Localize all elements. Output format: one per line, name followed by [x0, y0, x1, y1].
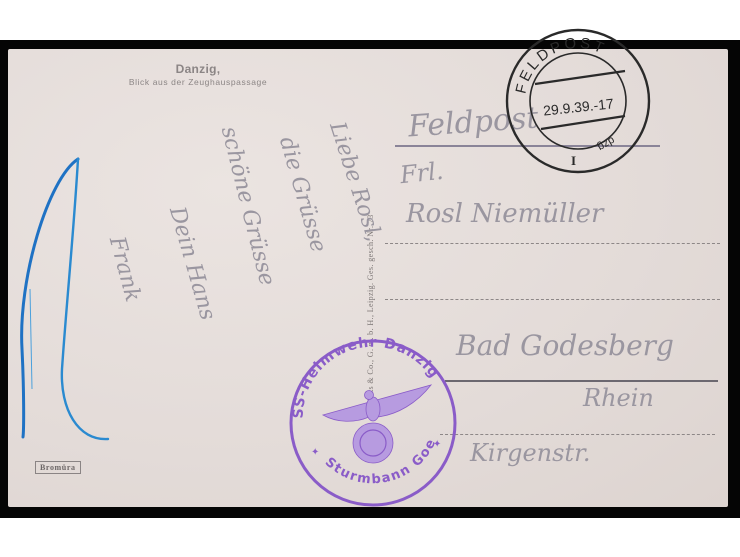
postmark-date: 29.9.39.-17 — [542, 95, 614, 118]
eagle-emblem-icon — [323, 385, 431, 463]
svg-text:✦: ✦ — [433, 439, 441, 450]
svg-text:✦: ✦ — [311, 447, 319, 458]
postmark-office-code: dzg — [595, 134, 616, 153]
unit-cachet-stamp: SS-Heimwehr Danzig Sturmbann Goeke ✦ ✦ — [283, 331, 463, 511]
feldpost-postmark: FELDPOST 29.9.39.-17 I dzg — [503, 49, 653, 179]
postcard: Danzig, Blick aus der Zeughauspassage Tr… — [8, 49, 728, 507]
postmark-office-number: I — [571, 153, 576, 168]
